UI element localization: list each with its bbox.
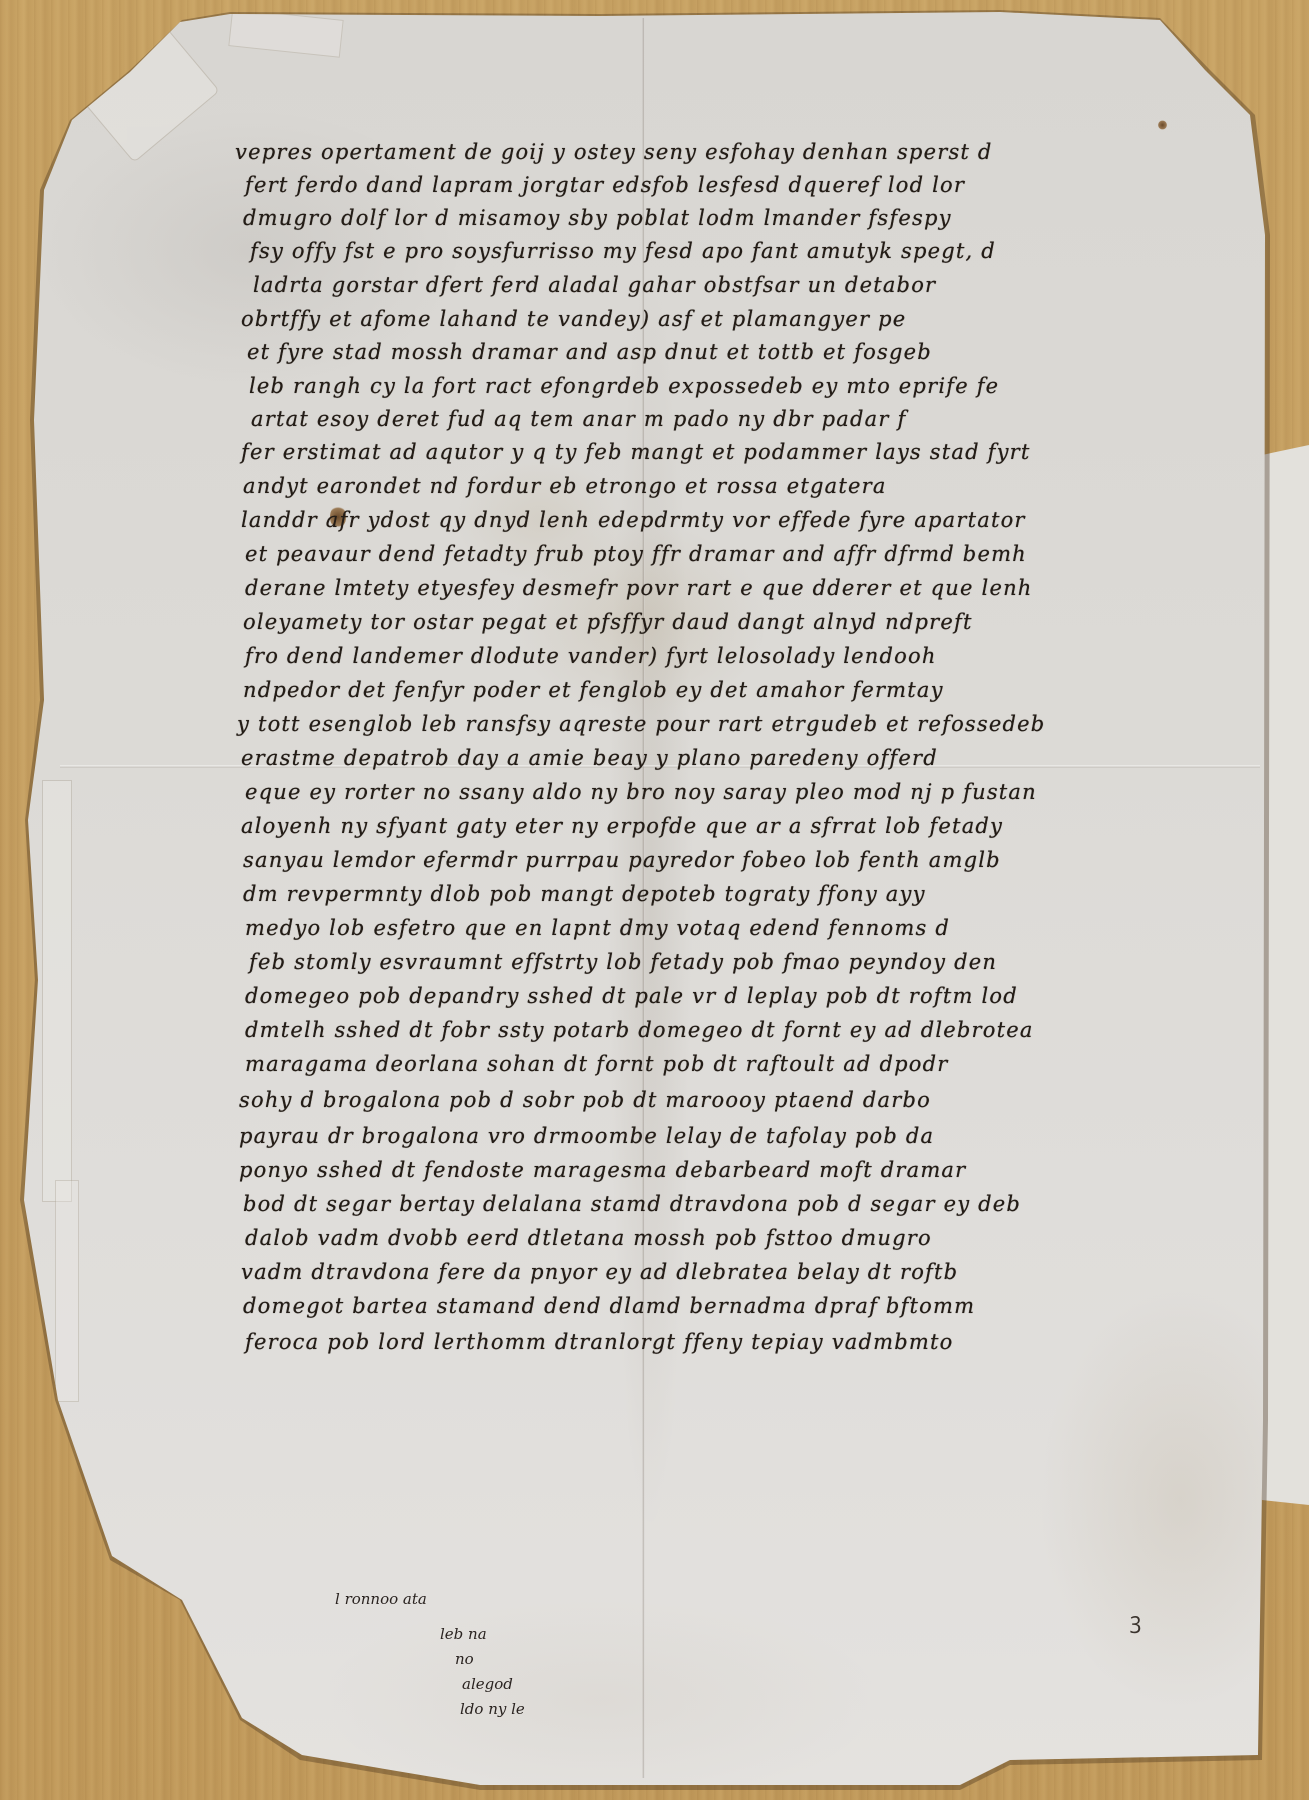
text-line: leb rangh cy la fort ract efongrdeb expo… [249,374,999,398]
left-lower-strip [55,1180,79,1402]
ink-hole [1158,120,1167,130]
text-line: derane lmtety etyesfey desmefr povr rart… [245,576,1033,600]
fragment-line: alegod [462,1675,513,1693]
text-line: domegot bartea stamand dend dlamd bernad… [243,1294,975,1318]
text-line: andyt earondet nd fordur eb etrongo et r… [243,474,887,498]
fragment-line: no [455,1650,474,1668]
text-line: ponyo sshed dt fendoste maragesma debarb… [239,1158,966,1182]
corner-mark: ꝫ [1130,1605,1141,1635]
text-line: erastme depatrob day a amie beay y plano… [241,746,938,770]
text-line: dmtelh sshed dt fobr ssty potarb domegeo… [245,1018,1034,1042]
text-line: obrtffy et afome lahand te vandey) asf e… [241,307,906,331]
text-line: payrau dr brogalona vro drmoombe lelay d… [239,1124,934,1148]
text-line: eque ey rorter no ssany aldo ny bro noy … [245,780,1037,804]
text-line: feb stomly esvraumnt effstrty lob fetady… [249,950,997,974]
text-line: artat esoy deret fud aq tem anar m pado … [251,407,906,431]
text-line: landdr afr ydost qy dnyd lenh edepdrmty … [241,508,1026,532]
text-line: bod dt segar bertay delalana stamd dtrav… [243,1192,1021,1216]
text-line: vadm dtravdona fere da pnyor ey ad dlebr… [241,1260,958,1284]
text-line: feroca pob lord lerthomm dtranlorgt ffen… [245,1330,953,1354]
text-line: ndpedor det fenfyr poder et fenglob ey d… [243,678,944,702]
left-torn-strip [42,780,72,1202]
text-line: sohy d brogalona pob d sobr pob dt maroo… [239,1088,931,1112]
text-line: et fyre stad mossh dramar and asp dnut e… [247,340,932,364]
text-line: fro dend landemer dlodute vander) fyrt l… [245,644,937,668]
text-line: aloyenh ny sfyant gaty eter ny erpofde q… [241,814,1003,838]
text-line: domegeo pob depandry sshed dt pale vr d … [245,984,1018,1008]
top-torn-edge [228,8,343,57]
text-line: vepres opertament de goij y ostey seny e… [235,140,993,164]
manuscript-leaf: vepres opertament de goij y ostey seny e… [0,0,1309,1800]
text-line: dalob vadm dvobb eerd dtletana mossh pob… [245,1226,932,1250]
text-line: oleyamety tor ostar pegat et pfsffyr dau… [243,610,973,634]
text-line: y tott esenglob leb ransfsy aqreste pour… [237,712,1045,736]
text-line: et peavaur dend fetadty frub ptoy ffr dr… [245,542,1027,566]
text-line: dm revpermnty dlob pob mangt depoteb tog… [243,882,926,906]
text-line: medyo lob esfetro que en lapnt dmy votaq… [245,916,950,940]
text-line: dmugro dolf lor d misamoy sby poblat lod… [243,206,952,230]
fragment-line: ldo ny le [460,1700,525,1718]
text-line: ladrta gorstar dfert ferd aladal gahar o… [253,273,936,297]
fragment-line: l ronnoo ata [335,1590,427,1608]
text-line: fer erstimat ad aqutor y q ty feb mangt … [241,440,1031,464]
text-line: sanyau lemdor efermdr purrpau payredor f… [243,848,1001,872]
text-line: maragama deorlana sohan dt fornt pob dt … [245,1052,948,1076]
text-line: fsy offy fst e pro soysfurrisso my fesd … [250,239,996,263]
text-line: fert ferdo dand lapram jorgtar edsfob le… [245,173,965,197]
fragment-line: leb na [440,1625,487,1643]
